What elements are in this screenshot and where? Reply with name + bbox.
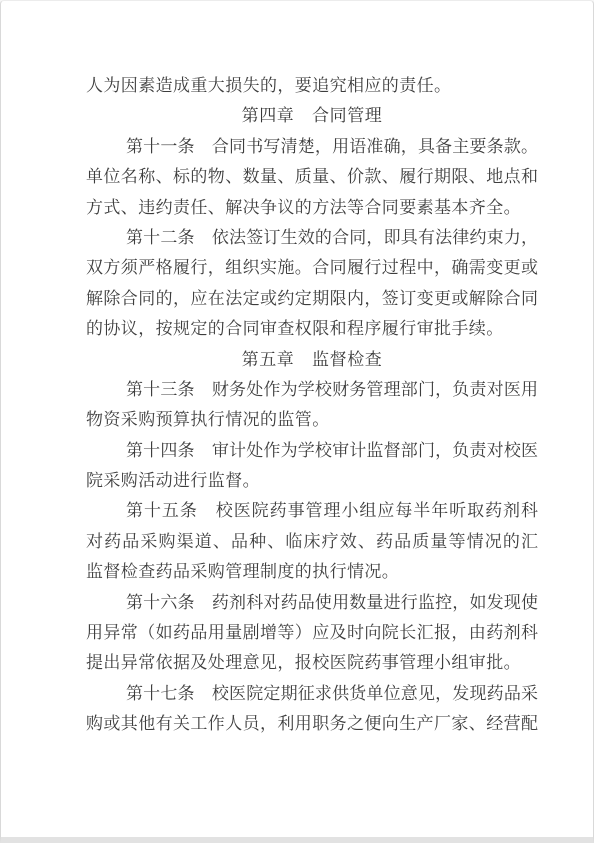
paragraph-line: 解除合同的，应在法定或约定期限内，签订变更或解除合同 bbox=[86, 284, 538, 314]
paragraph-line: 单位名称、标的物、数量、质量、价款、履行期限、地点和 bbox=[86, 162, 538, 192]
paragraph-line: 购或其他有关工作人员，利用职务之便向生产厂家、经营配 bbox=[86, 709, 538, 739]
chapter-heading: 第四章 合同管理 bbox=[86, 101, 538, 131]
paragraph-line: 提出异常依据及处理意见，报校医院药事管理小组审批。 bbox=[86, 648, 538, 678]
paragraph-line: 第十五条 校医院药事管理小组应每半年听取药剂科 bbox=[86, 496, 538, 526]
paragraph-line: 对药品采购渠道、品种、临床疗效、药品质量等情况的汇报， bbox=[86, 527, 538, 557]
paragraph-line: 第十三条 财务处作为学校财务管理部门，负责对医用 bbox=[86, 375, 538, 405]
paragraph-line: 院采购活动进行监督。 bbox=[86, 466, 538, 496]
paragraph-line: 物资采购预算执行情况的监管。 bbox=[86, 405, 538, 435]
document-content: 人为因素造成重大损失的，要追究相应的责任。第四章 合同管理第十一条 合同书写清楚… bbox=[86, 71, 538, 740]
paragraph-line: 的协议，按规定的合同审查权限和程序履行审批手续。 bbox=[86, 314, 538, 344]
paragraph-line: 监督检查药品采购管理制度的执行情况。 bbox=[86, 557, 538, 587]
paragraph-line: 第十六条 药剂科对药品使用数量进行监控，如发现使 bbox=[86, 588, 538, 618]
continuation-line: 人为因素造成重大损失的，要追究相应的责任。 bbox=[86, 71, 538, 101]
document-page: 人为因素造成重大损失的，要追究相应的责任。第四章 合同管理第十一条 合同书写清楚… bbox=[0, 0, 594, 843]
paragraph-line: 方式、违约责任、解决争议的方法等合同要素基本齐全。 bbox=[86, 193, 538, 223]
chapter-heading: 第五章 监督检查 bbox=[86, 345, 538, 375]
paragraph-line: 第十四条 审计处作为学校审计监督部门，负责对校医 bbox=[86, 436, 538, 466]
paragraph-line: 用异常（如药品用量剧增等）应及时向院长汇报，由药剂科 bbox=[86, 618, 538, 648]
paragraph-line: 第十七条 校医院定期征求供货单位意见，发现药品采 bbox=[86, 679, 538, 709]
paragraph-line: 双方须严格履行，组织实施。合同履行过程中，确需变更或 bbox=[86, 253, 538, 283]
paragraph-line: 第十一条 合同书写清楚，用语准确，具备主要条款。 bbox=[86, 132, 538, 162]
paragraph-line: 第十二条 依法签订生效的合同，即具有法律约束力， bbox=[86, 223, 538, 253]
